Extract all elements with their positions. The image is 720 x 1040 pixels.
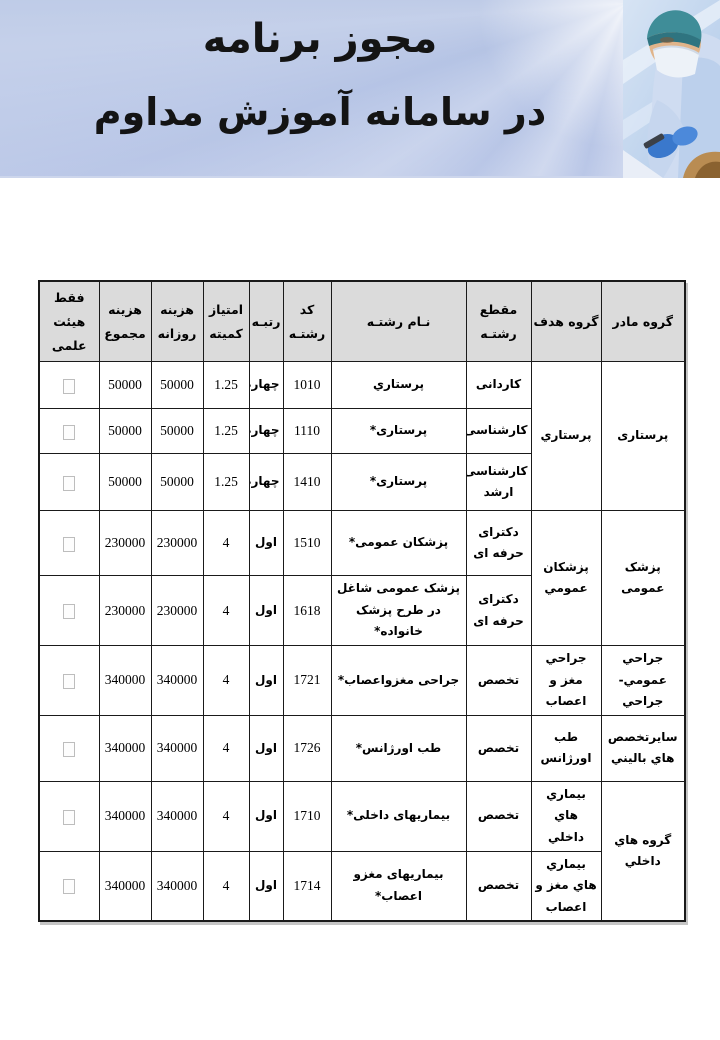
cell-daily-cost: 340000 bbox=[151, 646, 203, 716]
faculty-only-checkbox[interactable] bbox=[63, 879, 75, 894]
cell-parent-group: سایرتخصص هاي باليني bbox=[601, 715, 685, 781]
cell-rank: اول bbox=[249, 781, 283, 851]
cell-level: دکترای حرفه ای bbox=[466, 576, 531, 646]
col-header-faculty-only: فقط هیئت علمی bbox=[39, 281, 99, 362]
cell-faculty-only bbox=[39, 511, 99, 576]
cell-field-code: 1410 bbox=[283, 454, 331, 511]
cell-field-code: 1710 bbox=[283, 781, 331, 851]
cell-total-cost: 230000 bbox=[99, 511, 151, 576]
cell-field-code: 1010 bbox=[283, 362, 331, 409]
cell-total-cost: 50000 bbox=[99, 409, 151, 454]
cell-committee-score: 4 bbox=[203, 715, 249, 781]
cell-rank: اول bbox=[249, 646, 283, 716]
cell-level: دکترای حرفه ای bbox=[466, 511, 531, 576]
cell-target-group: پرستاري bbox=[531, 362, 601, 511]
faculty-only-checkbox[interactable] bbox=[63, 810, 75, 825]
cell-daily-cost: 340000 bbox=[151, 851, 203, 921]
cell-daily-cost: 340000 bbox=[151, 781, 203, 851]
cell-total-cost: 340000 bbox=[99, 851, 151, 921]
table-row: پزشک عمومی پزشکان عمومي دکترای حرفه ای پ… bbox=[39, 511, 685, 576]
cell-level: تخصص bbox=[466, 715, 531, 781]
col-header-field-name: نـام رشتـه bbox=[331, 281, 466, 362]
faculty-only-checkbox[interactable] bbox=[63, 604, 75, 619]
cell-total-cost: 340000 bbox=[99, 715, 151, 781]
cell-total-cost: 340000 bbox=[99, 646, 151, 716]
table-row: سایرتخصص هاي باليني طب اورژانس تخصص طب ا… bbox=[39, 715, 685, 781]
cell-field-name: پزشکان عمومی* bbox=[331, 511, 466, 576]
cell-total-cost: 340000 bbox=[99, 781, 151, 851]
faculty-only-checkbox[interactable] bbox=[63, 742, 75, 757]
cell-level: تخصص bbox=[466, 851, 531, 921]
table-row: پرستاری پرستاري کاردانی پرستاري 1010 چها… bbox=[39, 362, 685, 409]
cell-field-code: 1714 bbox=[283, 851, 331, 921]
cell-field-code: 1721 bbox=[283, 646, 331, 716]
cell-daily-cost: 230000 bbox=[151, 576, 203, 646]
col-header-level: مقطع رشتـه bbox=[466, 281, 531, 362]
col-header-rank: رتبـه bbox=[249, 281, 283, 362]
cell-committee-score: 4 bbox=[203, 851, 249, 921]
cell-total-cost: 230000 bbox=[99, 576, 151, 646]
cell-rank: اول bbox=[249, 511, 283, 576]
cell-parent-group: گروه هاي داخلي bbox=[601, 781, 685, 921]
cell-daily-cost: 50000 bbox=[151, 409, 203, 454]
cell-target-group: پزشکان عمومي bbox=[531, 511, 601, 646]
cell-target-group: طب اورژانس bbox=[531, 715, 601, 781]
cell-faculty-only bbox=[39, 646, 99, 716]
cell-committee-score: 1.25 bbox=[203, 409, 249, 454]
cell-faculty-only bbox=[39, 409, 99, 454]
cell-level: تخصص bbox=[466, 646, 531, 716]
cell-field-code: 1726 bbox=[283, 715, 331, 781]
cell-parent-group: جراحي عمومي- جراحي bbox=[601, 646, 685, 716]
cell-level: کارشناسی bbox=[466, 409, 531, 454]
cell-target-group: بيماري هاي داخلي bbox=[531, 781, 601, 851]
surgeon-photo-illustration bbox=[623, 0, 720, 178]
cell-committee-score: 1.25 bbox=[203, 362, 249, 409]
cell-field-name: بیماریهای مغزو اعصاب* bbox=[331, 851, 466, 921]
col-header-total-cost: هزینه مجموع bbox=[99, 281, 151, 362]
surgeon-photo bbox=[623, 0, 720, 178]
cell-faculty-only bbox=[39, 576, 99, 646]
cell-committee-score: 4 bbox=[203, 576, 249, 646]
cell-field-code: 1510 bbox=[283, 511, 331, 576]
cell-faculty-only bbox=[39, 362, 99, 409]
cell-faculty-only bbox=[39, 454, 99, 511]
cell-field-name: پزشک عمومی شاغل در طرح پزشک خانواده* bbox=[331, 576, 466, 646]
cell-level: کاردانی bbox=[466, 362, 531, 409]
faculty-only-checkbox[interactable] bbox=[63, 425, 75, 440]
cell-daily-cost: 50000 bbox=[151, 454, 203, 511]
cell-field-name: پرستاری* bbox=[331, 454, 466, 511]
cell-target-group: جراحي مغز و اعصاب bbox=[531, 646, 601, 716]
cell-rank: چهارم bbox=[249, 362, 283, 409]
col-header-target-group: گروه هدف bbox=[531, 281, 601, 362]
cell-parent-group: پرستاری bbox=[601, 362, 685, 511]
cell-target-group: بيماري هاي مغز و اعصاب bbox=[531, 851, 601, 921]
cell-daily-cost: 50000 bbox=[151, 362, 203, 409]
cell-field-name: جراحی مغزواعصاب* bbox=[331, 646, 466, 716]
header-banner: مجوز برنامه در سامانه آموزش مداوم bbox=[0, 0, 720, 178]
cell-committee-score: 4 bbox=[203, 781, 249, 851]
cell-field-name: پرستاري bbox=[331, 362, 466, 409]
cell-parent-group: پزشک عمومی bbox=[601, 511, 685, 646]
cell-field-code: 1618 bbox=[283, 576, 331, 646]
cell-faculty-only bbox=[39, 851, 99, 921]
table-header-row: گروه مادر گروه هدف مقطع رشتـه نـام رشتـه… bbox=[39, 281, 685, 362]
cell-committee-score: 4 bbox=[203, 511, 249, 576]
cell-daily-cost: 340000 bbox=[151, 715, 203, 781]
cell-level: تخصص bbox=[466, 781, 531, 851]
page-subtitle: در سامانه آموزش مداوم bbox=[0, 90, 640, 134]
table-row: جراحي عمومي- جراحي جراحي مغز و اعصاب تخص… bbox=[39, 646, 685, 716]
cell-committee-score: 1.25 bbox=[203, 454, 249, 511]
col-header-daily-cost: هزینه روزانه bbox=[151, 281, 203, 362]
cell-field-code: 1110 bbox=[283, 409, 331, 454]
program-table: گروه مادر گروه هدف مقطع رشتـه نـام رشتـه… bbox=[38, 280, 686, 922]
col-header-parent-group: گروه مادر bbox=[601, 281, 685, 362]
cell-rank: اول bbox=[249, 715, 283, 781]
cell-total-cost: 50000 bbox=[99, 454, 151, 511]
cell-rank: اول bbox=[249, 576, 283, 646]
cell-field-name: بیماریهای داخلی* bbox=[331, 781, 466, 851]
table-row: بيماري هاي مغز و اعصاب تخصص بیماریهای مغ… bbox=[39, 851, 685, 921]
table-row: گروه هاي داخلي بيماري هاي داخلي تخصص بیم… bbox=[39, 781, 685, 851]
page-title: مجوز برنامه bbox=[0, 16, 640, 62]
cell-faculty-only bbox=[39, 781, 99, 851]
faculty-only-checkbox[interactable] bbox=[63, 537, 75, 552]
cell-rank: اول bbox=[249, 851, 283, 921]
cell-total-cost: 50000 bbox=[99, 362, 151, 409]
cell-faculty-only bbox=[39, 715, 99, 781]
col-header-field-code: کد رشتـه bbox=[283, 281, 331, 362]
cell-level: کارشناسی ارشد bbox=[466, 454, 531, 511]
cell-committee-score: 4 bbox=[203, 646, 249, 716]
slide-page: مجوز برنامه در سامانه آموزش مداوم bbox=[0, 0, 720, 1040]
cell-rank: چهارم bbox=[249, 454, 283, 511]
col-header-committee-score: امتیاز کمیته bbox=[203, 281, 249, 362]
faculty-only-checkbox[interactable] bbox=[63, 674, 75, 689]
program-table-container: گروه مادر گروه هدف مقطع رشتـه نـام رشتـه… bbox=[38, 280, 686, 922]
cell-daily-cost: 230000 bbox=[151, 511, 203, 576]
faculty-only-checkbox[interactable] bbox=[63, 379, 75, 394]
cell-field-name: پرستاری* bbox=[331, 409, 466, 454]
cell-field-name: طب اورژانس* bbox=[331, 715, 466, 781]
cell-rank: چهارم bbox=[249, 409, 283, 454]
faculty-only-checkbox[interactable] bbox=[63, 476, 75, 491]
